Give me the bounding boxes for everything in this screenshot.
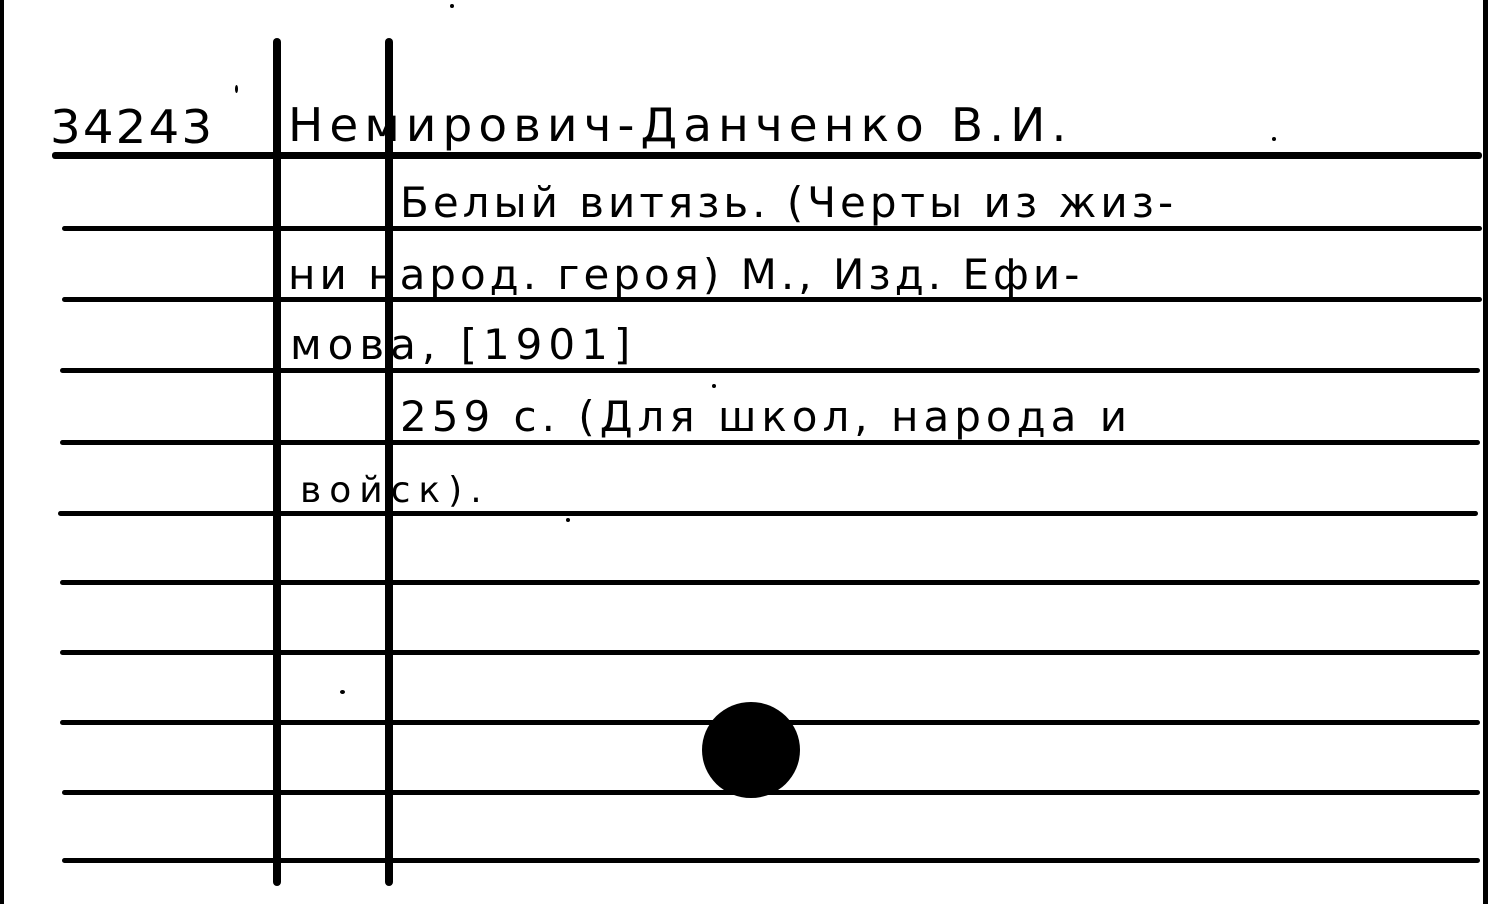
catalog-card: 34243 Немирович-Данченко В.И. Белый витя…	[0, 0, 1488, 904]
scan-speck	[566, 518, 570, 522]
margin-rule-left	[273, 38, 281, 886]
entry-line-3: ни народ. героя) М., Изд. Ефи-	[288, 250, 1083, 299]
call-number: 34243	[50, 100, 214, 154]
punch-hole	[702, 702, 800, 798]
margin-rule-right	[385, 38, 393, 886]
scan-speck	[450, 4, 454, 8]
entry-line-4: мова, [1901]	[290, 320, 636, 369]
entry-line-5: 259 с. (Для школ, народа и	[400, 392, 1132, 441]
scan-speck	[235, 85, 238, 93]
card-left-edge	[0, 0, 4, 904]
entry-line-6: войск).	[300, 470, 490, 511]
entry-line-2: Белый витязь. (Черты из жиз-	[400, 178, 1177, 227]
scan-speck	[340, 690, 345, 694]
card-right-edge	[1483, 0, 1488, 904]
ruled-line	[58, 511, 1478, 516]
ruled-line	[52, 152, 1482, 159]
scan-speck	[712, 384, 716, 388]
entry-line-1: Немирович-Данченко В.И.	[288, 98, 1073, 152]
scan-speck	[1272, 137, 1276, 141]
